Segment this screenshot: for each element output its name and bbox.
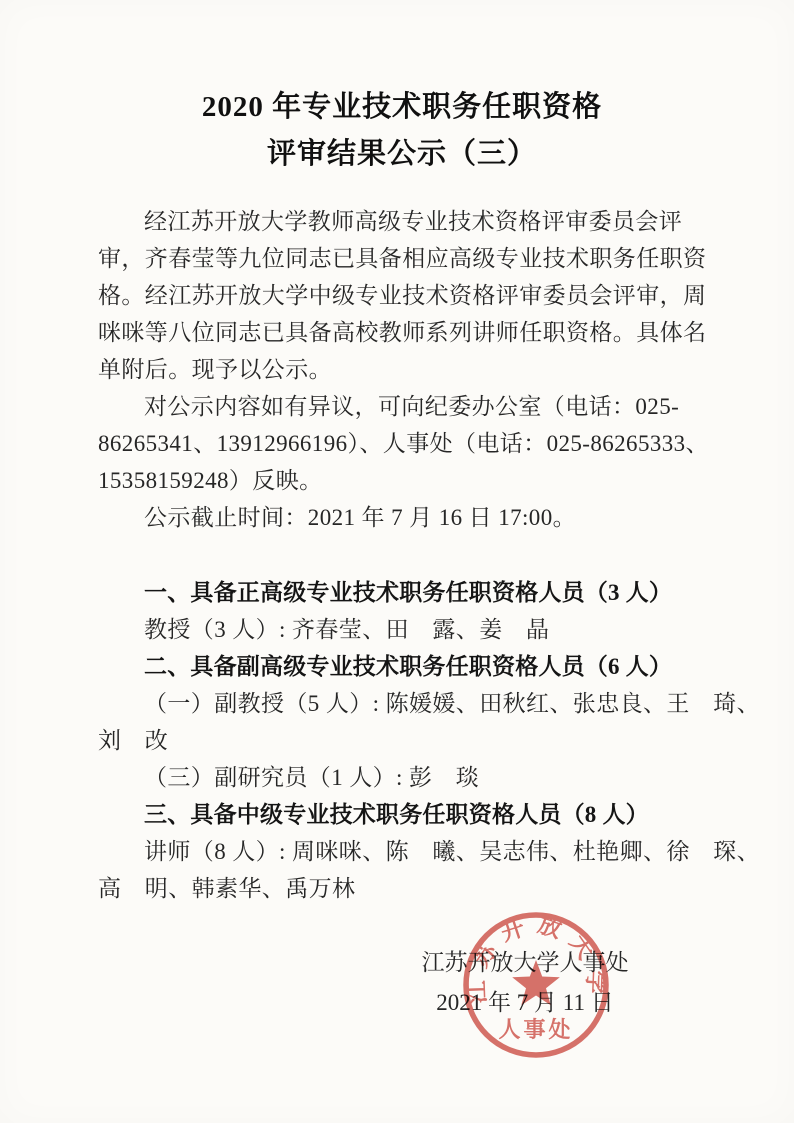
body-line: 15358159248）反映。 [98,462,706,499]
section-intermediate: 三、具备中级专业技术职务任职资格人员（8 人） 讲师（8 人）: 周咪咪、陈 曦… [98,796,706,907]
paragraph-contact-info: 对公示内容如有异议，可向纪委办公室（电话：025- 86265341、13912… [98,388,706,499]
body-line: 格。经江苏开放大学中级专业技术资格评审委员会评审，周 [98,277,706,314]
document-content: 2020 年专业技术职务任职资格 评审结果公示（三） 经江苏开放大学教师高级专业… [0,84,794,907]
paragraph-review-result: 经江苏开放大学教师高级专业技术资格评审委员会评 审，齐春莹等九位同志已具备相应高… [98,203,706,388]
scanned-document-page: 2020 年专业技术职务任职资格 评审结果公示（三） 经江苏开放大学教师高级专业… [0,0,794,1123]
body-line: 86265341、13912966196）、人事处（电话：025-8626533… [98,425,706,462]
section-senior: 一、具备正高级专业技术职务任职资格人员（3 人） 教授（3 人）: 齐春莹、田 … [98,574,706,648]
section-2-names-line-1: （一）副教授（5 人）: 陈媛媛、田秋红、张忠良、王 琦、 [98,685,706,722]
deadline-line: 公示截止时间：2021 年 7 月 16 日 17:00。 [98,499,706,536]
body-line: 咪咪等八位同志已具备高校教师系列讲师任职资格。具体名 [98,314,706,351]
body-line: 审，齐春莹等九位同志已具备相应高级专业技术职务任职资 [98,240,706,277]
section-2-names-line-3: （三）副研究员（1 人）: 彭 琰 [98,759,706,796]
title-line-1: 2020 年专业技术职务任职资格 [98,84,706,131]
paragraph-deadline: 公示截止时间：2021 年 7 月 16 日 17:00。 [98,499,706,536]
section-3-names-line-1: 讲师（8 人）: 周咪咪、陈 曦、吴志伟、杜艳卿、徐 琛、 [98,833,706,870]
body-line: 单附后。现予以公示。 [98,351,706,388]
section-3-heading: 三、具备中级专业技术职务任职资格人员（8 人） [98,796,706,833]
section-associate-senior: 二、具备副高级专业技术职务任职资格人员（6 人） （一）副教授（5 人）: 陈媛… [98,648,706,796]
signature-date: 2021 年 7 月 11 日 [400,983,650,1023]
title-line-2: 评审结果公示（三） [98,131,706,178]
body-line: 对公示内容如有异议，可向纪委办公室（电话：025- [98,388,706,425]
body-line: 经江苏开放大学教师高级专业技术资格评审委员会评 [98,203,706,240]
section-1-names: 教授（3 人）: 齐春莹、田 露、姜 晶 [98,611,706,648]
section-2-names-line-2: 刘 改 [98,722,706,759]
signature-block: 江苏开放大学人事处 2021 年 7 月 11 日 [400,943,650,1023]
signature-organization: 江苏开放大学人事处 [400,943,650,983]
section-3-names-line-2: 高 明、韩素华、禹万林 [98,870,706,907]
section-1-heading: 一、具备正高级专业技术职务任职资格人员（3 人） [98,574,706,611]
document-title: 2020 年专业技术职务任职资格 评审结果公示（三） [98,84,706,178]
section-2-heading: 二、具备副高级专业技术职务任职资格人员（6 人） [98,648,706,685]
